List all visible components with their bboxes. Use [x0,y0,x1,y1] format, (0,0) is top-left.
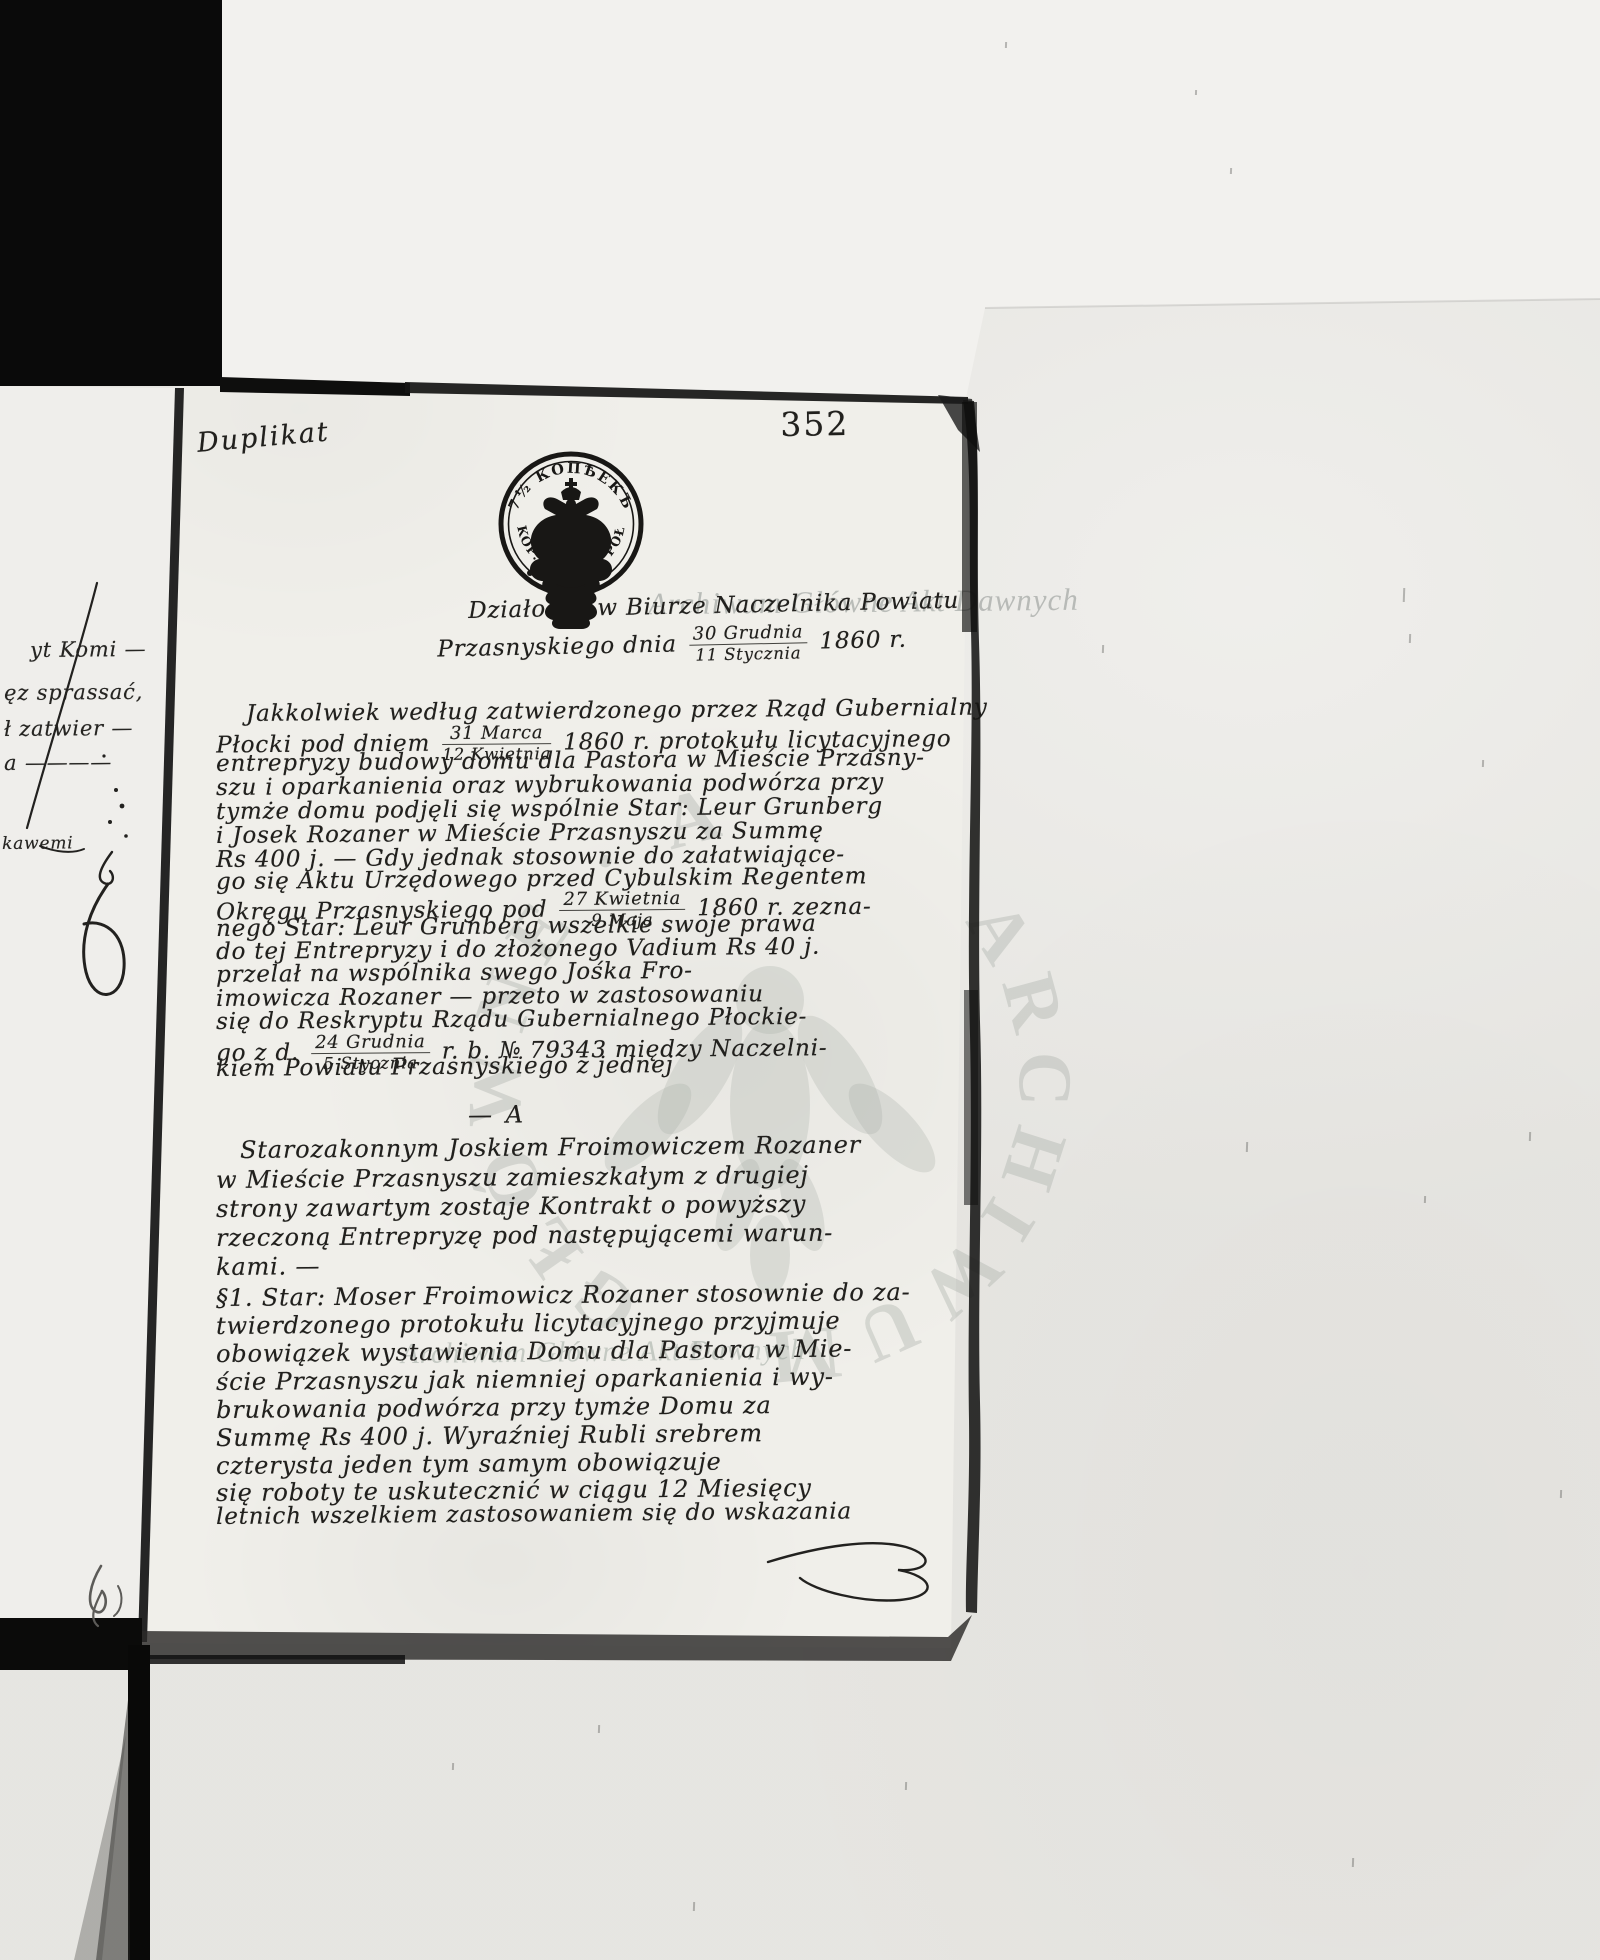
dual-date: 30 Grudnia11 Stycznia [689,622,808,665]
corner-annotation: Duplikat [196,418,331,456]
left-page-fragment: a ———— [4,752,112,774]
manuscript-line: Summę Rs 400 j. Wyraźniej Rubli srebrem [216,1421,763,1450]
manuscript-line: rzeczoną Entrepryzę pod następującemi wa… [216,1221,833,1250]
ink-layer: 352 Duplikat Działo się w Biurze Naczeln… [0,0,1600,1960]
manuscript-line: strony zawartym zostaje Kontrakt o powyż… [216,1192,806,1221]
left-page-fragment: yt Komi — [30,639,146,661]
manuscript-line: czterysta jeden tym samym obowiązuje [216,1450,722,1478]
manuscript-line: letnich wszelkiem zastosowaniem się do w… [216,1500,852,1529]
manuscript-line: w Mieście Przasnyszu zamieszkałym z drug… [216,1163,809,1192]
left-page-fragment: ł zatwier — [4,718,133,740]
manuscript-line: twierdzonego protokułu licytacyjnego prz… [216,1309,841,1338]
manuscript-line: §1. Star: Moser Froimowicz Rozaner stoso… [216,1280,911,1310]
page-number: 352 [780,407,850,441]
section-divider-flourish: — A [468,1102,526,1127]
left-page-fragment: ęz sprassać, [4,682,143,704]
manuscript-line: obowiązek wystawienia Domu dla Pastora w… [216,1336,852,1366]
manuscript-line: Starozakonnym Joskiem Froimowiczem Rozan… [240,1133,861,1162]
document-scan: ARCHIWUM · GŁÓWNE · AKT · DAWNYCH · Arch… [0,0,1600,1960]
manuscript-line: ście Przasnyszu jak niemniej oparkanieni… [216,1365,834,1394]
heading-line: Działo się w Biurze Naczelnika Powiatu [468,590,959,623]
manuscript-line: brukowania podwórza przy tymże Domu za [216,1393,772,1422]
left-page-fragment: kawemi [2,835,74,853]
heading-line: Przasnyskiego dnia 30 Grudnia11 Stycznia… [437,620,907,670]
manuscript-line: kami. — [216,1254,320,1279]
manuscript-line: kiem Powiatu Przasnyskiego z jednej [216,1054,674,1081]
